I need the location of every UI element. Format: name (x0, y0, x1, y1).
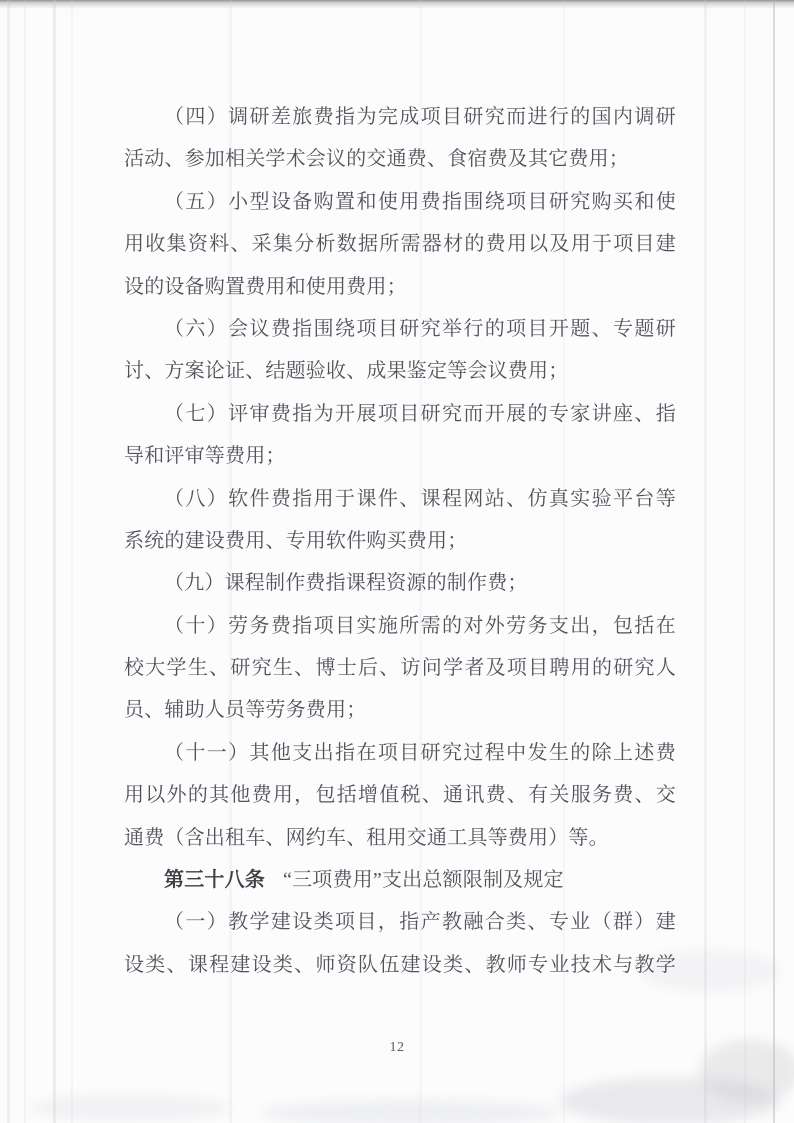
scan-streak (24, 0, 26, 1123)
text-line: 设类、课程建设类、师资队伍建设类、教师专业技术与教学 (124, 944, 676, 986)
scan-streak (53, 0, 56, 1123)
text-line: （六）会议费指围绕项目研究举行的项目开题、专题研 (124, 308, 676, 350)
text-line: 员、辅助人员等劳务费用； (124, 689, 676, 731)
text-line: （八）软件费指用于课件、课程网站、仿真实验平台等 (124, 478, 676, 520)
text-line: 活动、参加相关学术会议的交通费、食宿费及其它费用； (124, 138, 676, 180)
text-line: 讨、方案论证、结题验收、成果鉴定等会议费用； (124, 350, 676, 392)
text-line: （九）课程制作费指课程资源的制作费； (124, 562, 676, 604)
article-heading: 第三十八条“三项费用”支出总额限制及规定 (124, 859, 676, 901)
article-number: 第三十八条 (164, 869, 265, 891)
text-line: （一）教学建设类项目，指产教融合类、专业（群）建 (124, 901, 676, 943)
text-line: 通费（含出租车、网约车、租用交通工具等费用）等。 (124, 817, 676, 859)
scan-streak (71, 0, 73, 1123)
scan-right-edge-line (773, 0, 775, 1123)
text-line: （十一）其他支出指在项目研究过程中发生的除上述费 (124, 732, 676, 774)
scan-blotch (30, 1095, 230, 1121)
article-title: “三项费用”支出总额限制及规定 (283, 869, 564, 891)
text-line: 系统的建设费用、专用软件购买费用； (124, 520, 676, 562)
document-body: （四）调研差旅费指为完成项目研究而进行的国内调研 活动、参加相关学术会议的交通费… (124, 96, 676, 986)
text-line: （十）劳务费指项目实施所需的对外劳务支出，包括在 (124, 605, 676, 647)
text-line: 校大学生、研究生、博士后、访问学者及项目聘用的研究人 (124, 647, 676, 689)
text-line: （七）评审费指为开展项目研究而开展的专家讲座、指 (124, 393, 676, 435)
text-line: （四）调研差旅费指为完成项目研究而进行的国内调研 (124, 96, 676, 138)
page-number: 12 (0, 1040, 794, 1056)
text-line: 用以外的其他费用，包括增值税、通讯费、有关服务费、交 (124, 774, 676, 816)
text-line: 导和评审等费用； (124, 435, 676, 477)
scan-streak (7, 0, 10, 1123)
text-line: 设的设备购置费用和使用费用； (124, 266, 676, 308)
text-line: 用收集资料、采集分析数据所需器材的费用以及用于项目建 (124, 223, 676, 265)
text-line: （五）小型设备购置和使用费指围绕项目研究购买和使 (124, 181, 676, 223)
scan-blotch (260, 1100, 560, 1123)
scan-top-edge (0, 0, 794, 10)
document-page: （四）调研差旅费指为完成项目研究而进行的国内调研 活动、参加相关学术会议的交通费… (0, 0, 794, 1123)
